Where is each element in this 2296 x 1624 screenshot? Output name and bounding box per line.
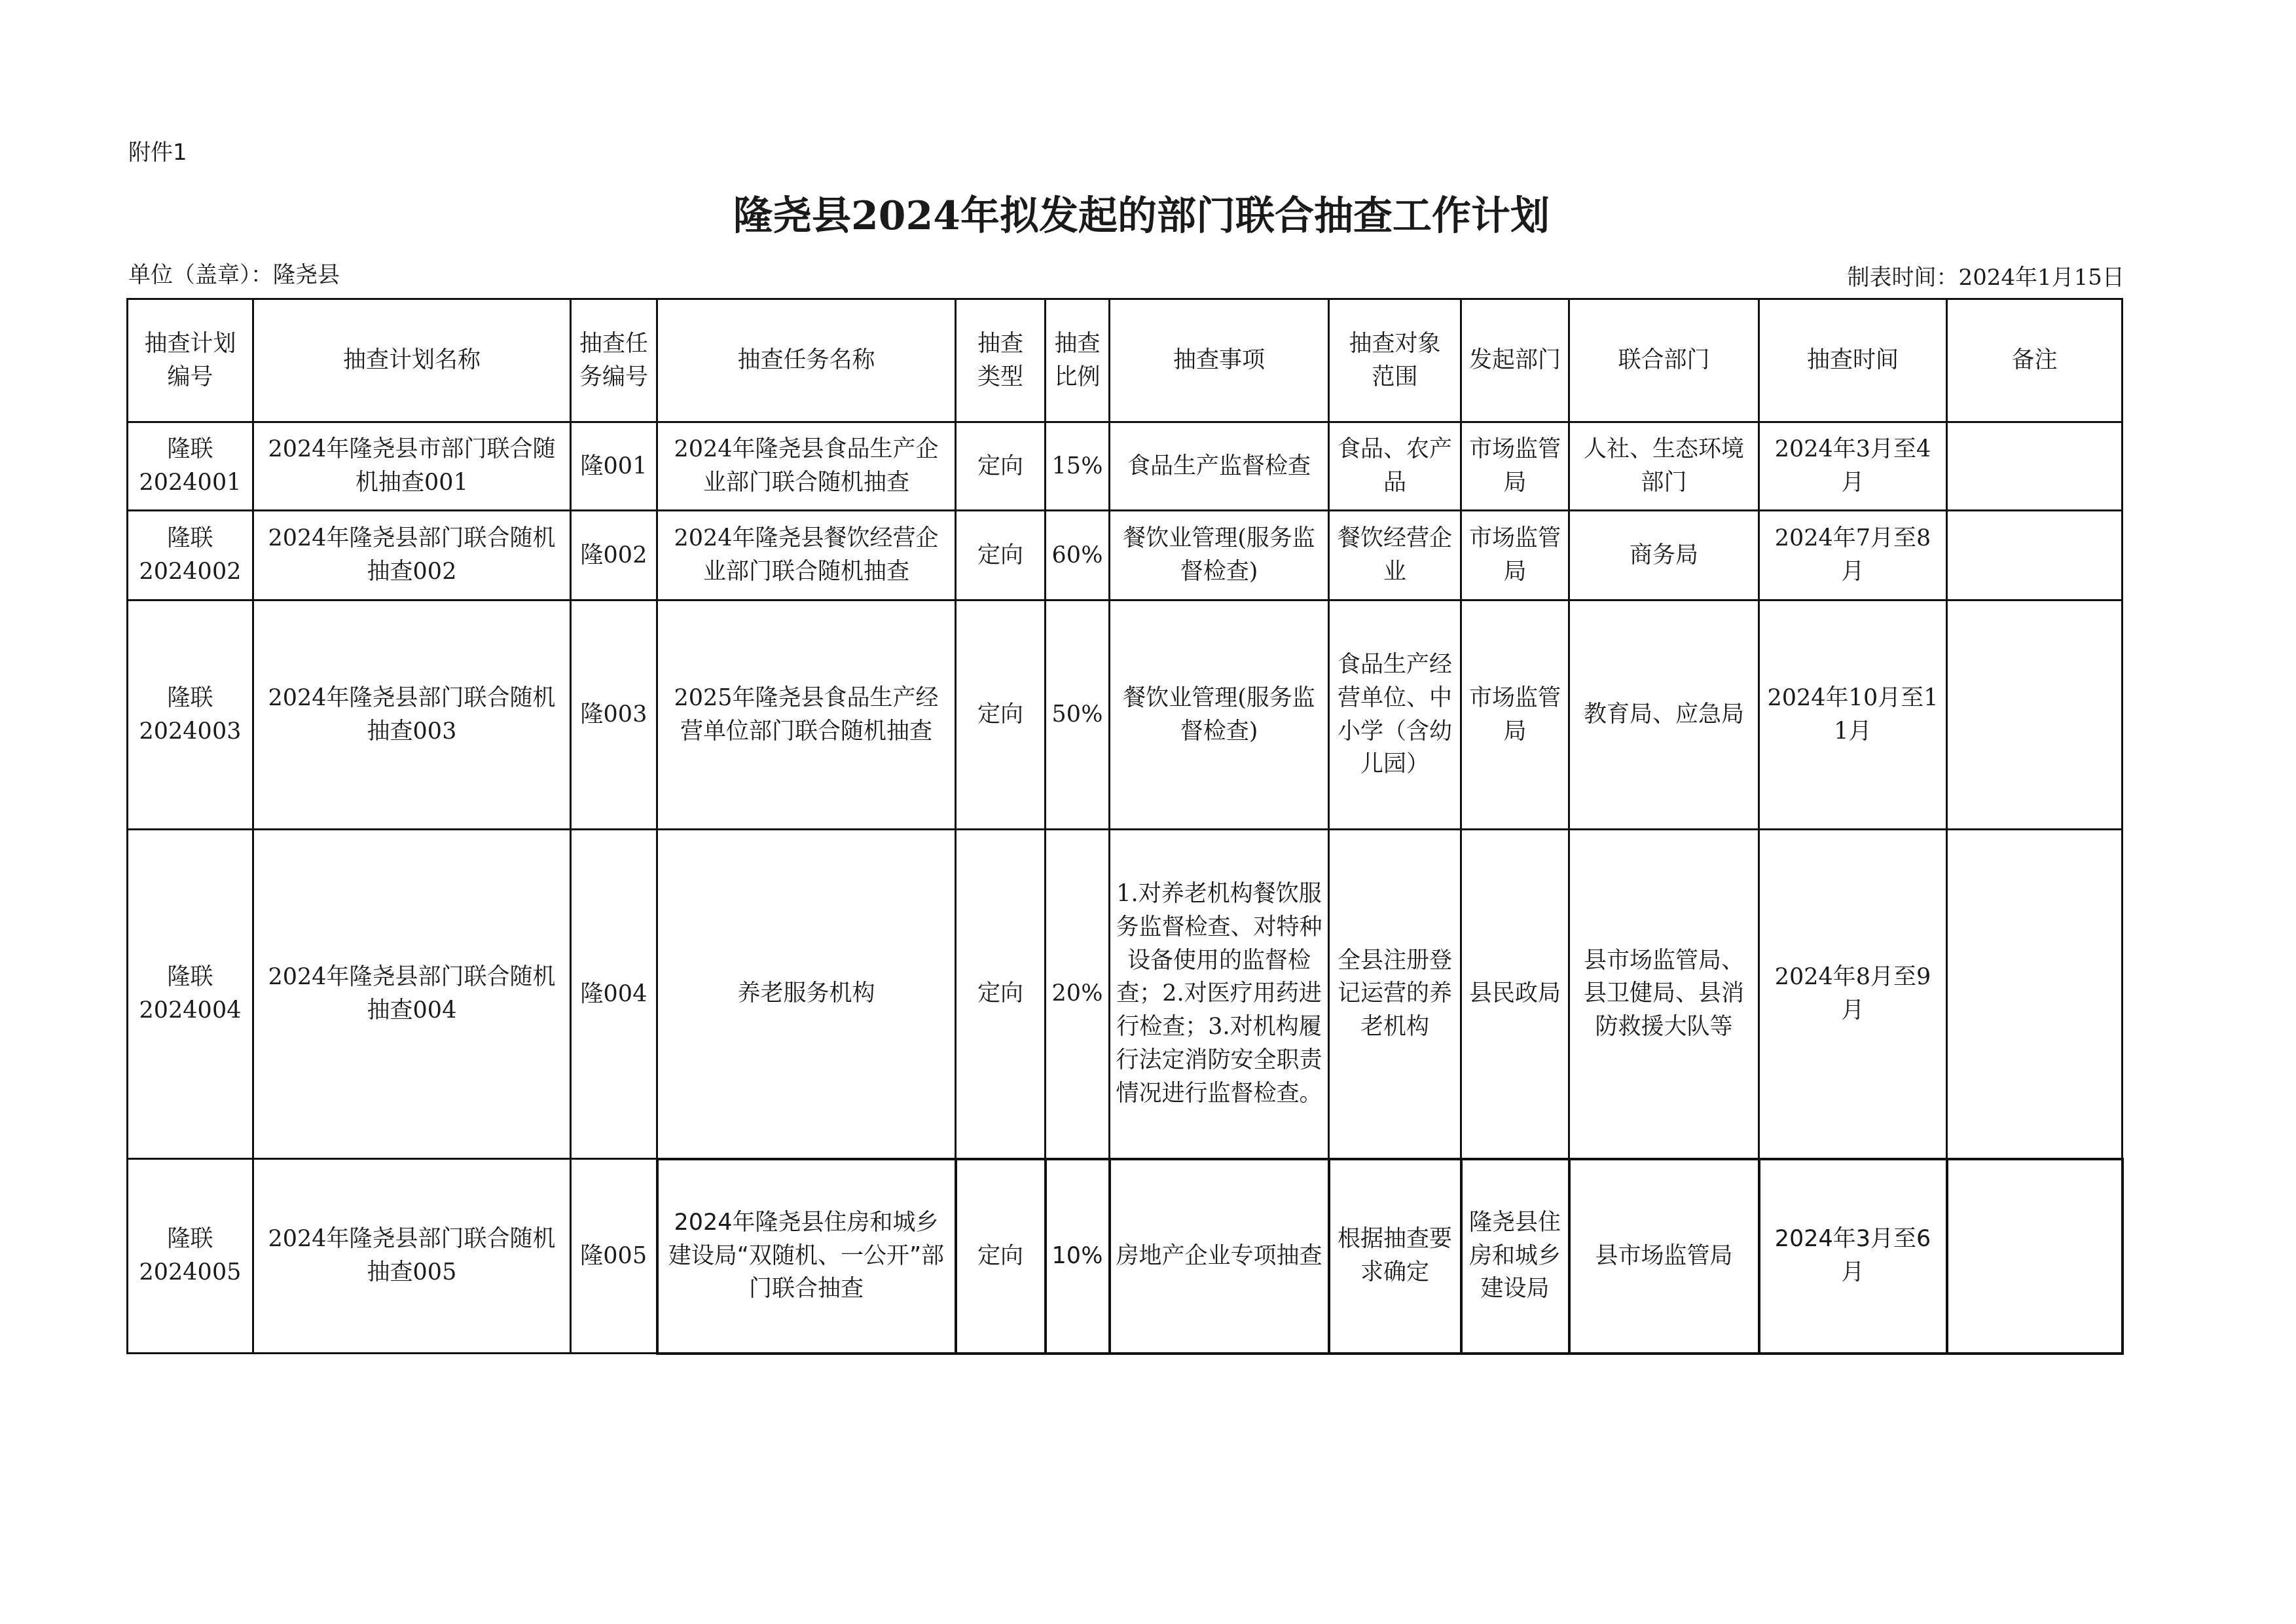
cell-items: 餐饮业管理(服务监督检查): [1110, 511, 1329, 600]
cell-scope: 全县注册登记运营的养老机构: [1329, 830, 1461, 1159]
table-row: 隆联 2024005 2024年隆尧县部门联合随机抽查005 隆005 2024…: [128, 1159, 2123, 1354]
table-row: 隆联 2024001 2024年隆尧县市部门联合随机抽查001 隆001 202…: [128, 422, 2123, 511]
cell-type: 定向: [956, 511, 1046, 600]
table-header-row: 抽查计划 编号 抽查计划名称 抽查任 务编号 抽查任务名称 抽查 类型 抽查 比…: [128, 299, 2123, 422]
cell-items: 房地产企业专项抽查: [1110, 1159, 1329, 1354]
cell-time: 2024年3月至6月: [1759, 1159, 1947, 1354]
header-plan-no: 抽查计划 编号: [128, 299, 253, 422]
header-task-no: 抽查任 务编号: [571, 299, 657, 422]
cell-ratio: 15%: [1046, 422, 1110, 511]
header-plan-name: 抽查计划名称: [253, 299, 571, 422]
cell-task-no: 隆004: [571, 830, 657, 1159]
cell-plan-name: 2024年隆尧县部门联合随机抽查004: [253, 830, 571, 1159]
header-initiator: 发起部门: [1461, 299, 1569, 422]
cell-remark: [1947, 1159, 2123, 1354]
cell-items: 食品生产监督检查: [1110, 422, 1329, 511]
cell-type: 定向: [956, 830, 1046, 1159]
cell-plan-no: 隆联 2024003: [128, 600, 253, 830]
header-ratio: 抽查 比例: [1046, 299, 1110, 422]
cell-items: 1.对养老机构餐饮服务监督检查、对特种设备使用的监督检查；2.对医疗用药进行检查…: [1110, 830, 1329, 1159]
header-scope: 抽查对象 范围: [1329, 299, 1461, 422]
cell-task-name: 养老服务机构: [657, 830, 956, 1159]
cell-initiator: 隆尧县住房和城乡建设局: [1461, 1159, 1569, 1354]
header-type: 抽查 类型: [956, 299, 1046, 422]
cell-task-name: 2024年隆尧县餐饮经营企业部门联合随机抽查: [657, 511, 956, 600]
cell-task-name: 2024年隆尧县食品生产企业部门联合随机抽查: [657, 422, 956, 511]
table-row: 隆联 2024003 2024年隆尧县部门联合随机抽查003 隆003 2025…: [128, 600, 2123, 830]
cell-items: 餐饮业管理(服务监督检查): [1110, 600, 1329, 830]
cell-task-no: 隆005: [571, 1159, 657, 1354]
header-joint: 联合部门: [1569, 299, 1759, 422]
cell-remark: [1947, 600, 2123, 830]
cell-ratio: 20%: [1046, 830, 1110, 1159]
cell-joint: 商务局: [1569, 511, 1759, 600]
date-label: 制表时间：2024年1月15日: [1848, 259, 2124, 291]
cell-type: 定向: [956, 600, 1046, 830]
cell-scope: 食品、农产品: [1329, 422, 1461, 511]
inspection-plan-table: 抽查计划 编号 抽查计划名称 抽查任 务编号 抽查任务名称 抽查 类型 抽查 比…: [126, 298, 2124, 1355]
cell-time: 2024年8月至9月: [1759, 830, 1947, 1159]
cell-plan-name: 2024年隆尧县市部门联合随机抽查001: [253, 422, 571, 511]
cell-plan-no: 隆联 2024004: [128, 830, 253, 1159]
cell-scope: 食品生产经营单位、中小学（含幼儿园）: [1329, 600, 1461, 830]
header-time: 抽查时间: [1759, 299, 1947, 422]
cell-plan-no: 隆联 2024002: [128, 511, 253, 600]
cell-remark: [1947, 511, 2123, 600]
cell-task-no: 隆002: [571, 511, 657, 600]
unit-label: 单位（盖章）：隆尧县: [128, 257, 340, 289]
cell-plan-name: 2024年隆尧县部门联合随机抽查002: [253, 511, 571, 600]
document-title: 隆尧县2024年拟发起的部门联合抽查工作计划: [733, 185, 1550, 241]
cell-scope: 餐饮经营企业: [1329, 511, 1461, 600]
cell-type: 定向: [956, 422, 1046, 511]
cell-plan-no: 隆联 2024005: [128, 1159, 253, 1354]
cell-plan-no: 隆联 2024001: [128, 422, 253, 511]
cell-joint: 教育局、应急局: [1569, 600, 1759, 830]
header-remark: 备注: [1947, 299, 2123, 422]
cell-joint: 县市场监管局、县卫健局、县消防救援大队等: [1569, 830, 1759, 1159]
cell-remark: [1947, 830, 2123, 1159]
cell-joint: 人社、生态环境部门: [1569, 422, 1759, 511]
cell-initiator: 市场监管局: [1461, 422, 1569, 511]
cell-remark: [1947, 422, 2123, 511]
cell-time: 2024年3月至4月: [1759, 422, 1947, 511]
cell-initiator: 县民政局: [1461, 830, 1569, 1159]
cell-ratio: 50%: [1046, 600, 1110, 830]
cell-initiator: 市场监管局: [1461, 600, 1569, 830]
cell-initiator: 市场监管局: [1461, 511, 1569, 600]
table-row: 隆联 2024004 2024年隆尧县部门联合随机抽查004 隆004 养老服务…: [128, 830, 2123, 1159]
header-task-name: 抽查任务名称: [657, 299, 956, 422]
cell-task-name: 2024年隆尧县住房和城乡建设局“双随机、一公开”部门联合抽查: [657, 1159, 956, 1354]
cell-ratio: 10%: [1046, 1159, 1110, 1354]
cell-task-name: 2025年隆尧县食品生产经营单位部门联合随机抽查: [657, 600, 956, 830]
cell-task-no: 隆001: [571, 422, 657, 511]
cell-time: 2024年7月至8月: [1759, 511, 1947, 600]
cell-type: 定向: [956, 1159, 1046, 1354]
table-row: 隆联 2024002 2024年隆尧县部门联合随机抽查002 隆002 2024…: [128, 511, 2123, 600]
cell-ratio: 60%: [1046, 511, 1110, 600]
header-items: 抽查事项: [1110, 299, 1329, 422]
cell-time: 2024年10月至11月: [1759, 600, 1947, 830]
cell-task-no: 隆003: [571, 600, 657, 830]
cell-joint: 县市场监管局: [1569, 1159, 1759, 1354]
cell-plan-name: 2024年隆尧县部门联合随机抽查003: [253, 600, 571, 830]
cell-scope: 根据抽查要求确定: [1329, 1159, 1461, 1354]
attachment-label: 附件1: [128, 134, 187, 166]
cell-plan-name: 2024年隆尧县部门联合随机抽查005: [253, 1159, 571, 1354]
